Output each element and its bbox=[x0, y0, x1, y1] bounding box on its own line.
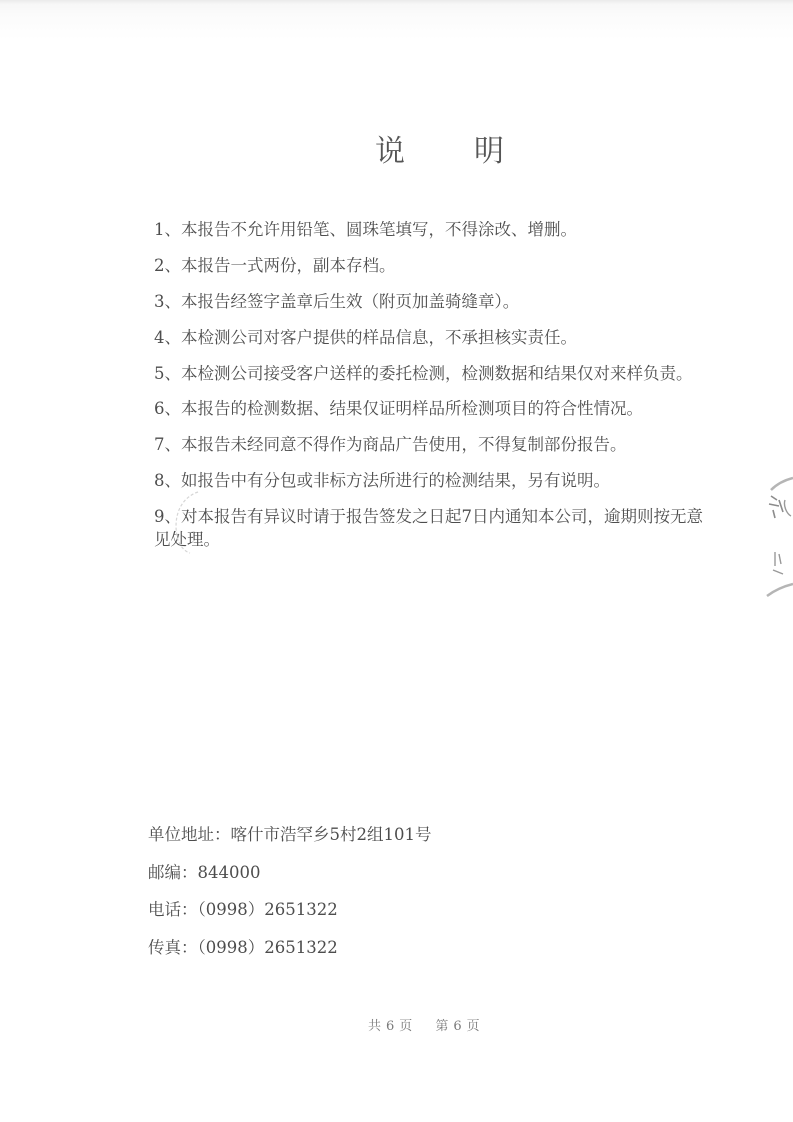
note-item: 1、本报告不允许用铅笔、圆珠笔填写，不得涂改、增删。 bbox=[154, 218, 714, 241]
note-item: 3、本报告经签字盖章后生效（附页加盖骑缝章）。 bbox=[154, 290, 714, 313]
note-item: 6、本报告的检测数据、结果仅证明样品所检测项目的符合性情况。 bbox=[154, 397, 714, 420]
note-item: 7、本报告未经同意不得作为商品广告使用，不得复制部份报告。 bbox=[154, 433, 714, 456]
total-prefix: 共 bbox=[368, 1019, 382, 1034]
fax-line: 传真：（0998）2651322 bbox=[148, 936, 432, 974]
notes-list: 1、本报告不允许用铅笔、圆珠笔填写，不得涂改、增删。 2、本报告一式两份，副本存… bbox=[154, 218, 714, 563]
total-suffix: 页 bbox=[399, 1019, 413, 1034]
contact-info: 单位地址：喀什市浩罕乡5村2组101号 邮编：844000 电话：（0998）2… bbox=[148, 823, 432, 973]
title-char-2: 明 bbox=[474, 126, 504, 170]
current-page: 6 bbox=[453, 1019, 462, 1034]
note-item: 2、本报告一式两份，副本存档。 bbox=[154, 254, 714, 277]
address-line: 单位地址：喀什市浩罕乡5村2组101号 bbox=[148, 823, 432, 861]
current-prefix: 第 bbox=[435, 1019, 449, 1034]
faint-seal-mark-icon bbox=[168, 490, 218, 554]
note-item: 5、本检测公司接受客户送样的委托检测，检测数据和结果仅对来样负责。 bbox=[154, 362, 714, 385]
page-indicator: 共6页第6页 bbox=[368, 1015, 485, 1034]
title-char-1: 说 bbox=[375, 126, 405, 170]
note-item: 4、本检测公司对客户提供的样品信息，不承担核实责任。 bbox=[154, 326, 714, 349]
scan-shadow bbox=[0, 0, 793, 40]
postcode-line: 邮编：844000 bbox=[148, 861, 432, 899]
current-suffix: 页 bbox=[467, 1019, 481, 1034]
phone-line: 电话：（0998）2651322 bbox=[148, 898, 432, 936]
total-pages: 6 bbox=[386, 1019, 395, 1034]
perforation-seal-icon bbox=[763, 470, 793, 600]
note-item: 8、如报告中有分包或非标方法所进行的检测结果，另有说明。 bbox=[154, 469, 714, 492]
note-item: 9、对本报告有异议时请于报告签发之日起7日内通知本公司，逾期则按无意见处理。 bbox=[154, 505, 714, 551]
